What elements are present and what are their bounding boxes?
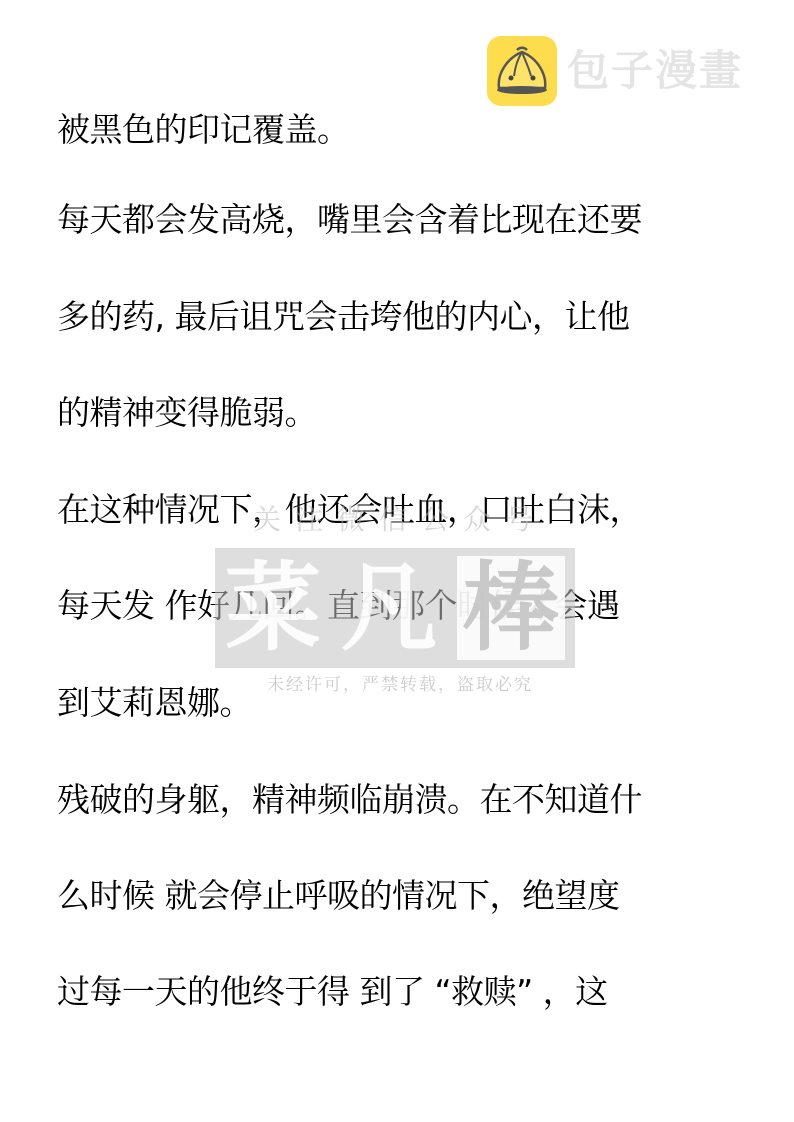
text-line: 残破的身躯，精神频临崩溃。在不知道什: [57, 780, 642, 820]
text-line: 多的药, 最后诅咒会击垮他的内心，让他: [57, 297, 629, 337]
logo-text: 包子漫畫: [567, 50, 743, 92]
text-line: 每天发 作好几回。直到那个时候才会遇: [57, 586, 620, 626]
text-line: 的精神变得脆弱。: [57, 393, 317, 433]
text-line: 被黑色的印记覆盖。: [57, 110, 350, 150]
site-logo: 包子漫畫: [487, 36, 743, 106]
text-line: 过每一天的他终于得 到了 “救赎” ，这: [57, 972, 608, 1012]
watermark-bottom-text: 未经许可，严禁转载，盗取必究: [215, 670, 585, 695]
text-line: 么时候 就会停止呼吸的情况下，绝望度: [57, 876, 620, 916]
text-line: 在这种情况下，他还会吐血，口吐白沫，: [57, 490, 642, 530]
text-line: 到艾莉恩娜。: [57, 683, 252, 723]
steamed-bun-icon: [487, 36, 557, 106]
text-line: 每天都会发高烧，嘴里会含着比现在还要: [57, 200, 642, 240]
